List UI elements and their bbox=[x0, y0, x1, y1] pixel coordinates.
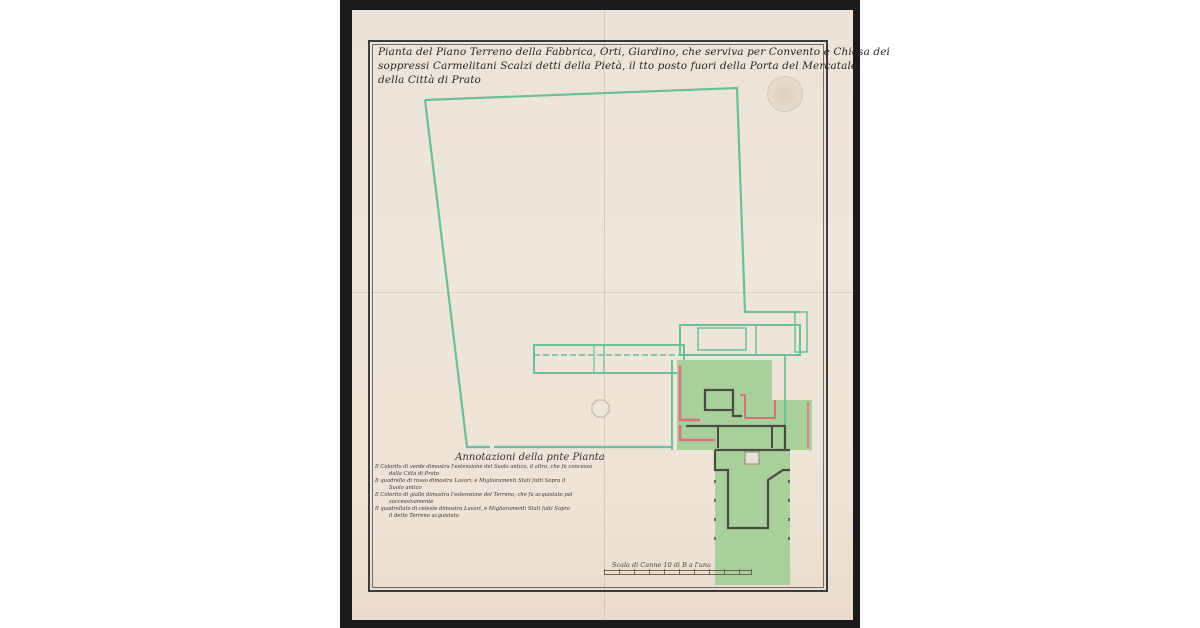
garden-boundary bbox=[425, 88, 800, 312]
legend-item: successivamente bbox=[375, 499, 645, 506]
legend-item: Il quadrellato di celeste dimostra Lavor… bbox=[375, 506, 645, 513]
scale-label: Scala di Canne 10 di B a l'una bbox=[612, 561, 711, 569]
well-icon bbox=[592, 400, 609, 417]
legend: Annotazioni della pnte Pianta Il Colorit… bbox=[375, 452, 645, 520]
legend-item: Suolo antico bbox=[375, 485, 645, 492]
legend-item: Il Colorito di giallo dimostra l'estensi… bbox=[375, 492, 645, 499]
legend-item: dalla Città di Prato bbox=[375, 471, 645, 478]
legend-heading: Annotazioni della pnte Pianta bbox=[375, 452, 645, 463]
scale-bar bbox=[604, 570, 752, 575]
legend-item: Il Colorito di verde dimostra l'estensio… bbox=[375, 464, 645, 471]
floor-plan bbox=[0, 0, 1200, 628]
garden-boundary-west bbox=[425, 100, 490, 447]
legend-item: il detto Terreno acquistato bbox=[375, 513, 645, 520]
legend-item: Il quadrello di rosso dimostra Lavori, e… bbox=[375, 478, 645, 485]
